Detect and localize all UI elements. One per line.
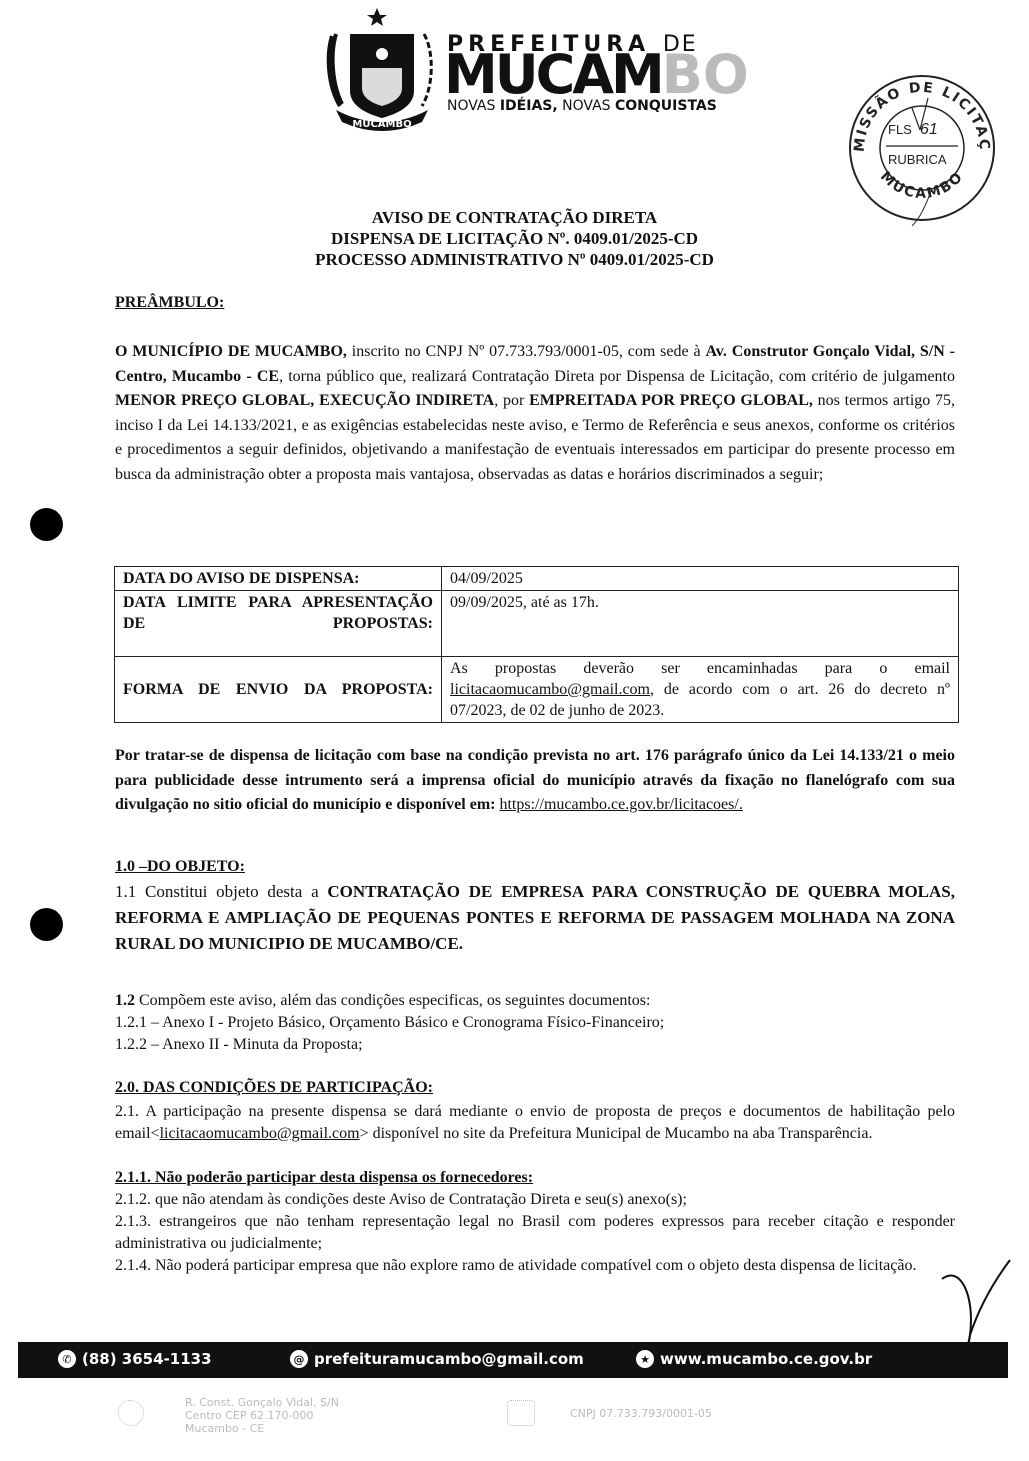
list-heading: 2.1.1. Não poderão participar desta disp… — [115, 1167, 955, 1189]
dispensa-info-table: DATA DO AVISO DE DISPENSA: 04/09/2025 DA… — [114, 566, 959, 723]
table-value: As propostas deverão ser encaminhadas pa… — [442, 657, 959, 723]
documents-list: 1.2 Compõem este aviso, além das condiçõ… — [115, 990, 955, 1056]
svg-text:RUBRICA: RUBRICA — [888, 152, 947, 167]
list-item: 2.1.3. estrangeiros que não tenham repre… — [115, 1211, 955, 1255]
email-icon: @ — [290, 1350, 308, 1368]
footer-email[interactable]: @prefeituramucambo@gmail.com — [290, 1350, 584, 1368]
participation-paragraph: 2.1. A participação na presente dispensa… — [115, 1101, 955, 1145]
licitacao-stamp: COMISSÃO DE LICITAÇÃO MUCAMBO FLS 61 RUB… — [842, 68, 1002, 228]
municipal-crest-icon: MUCAMBO — [322, 6, 442, 132]
svg-text:FLS: FLS — [888, 122, 912, 137]
svg-text:MUCAMBO: MUCAMBO — [877, 169, 967, 202]
object-paragraph: 1.1 Constitui objeto desta a CONTRATAÇÃO… — [115, 879, 955, 957]
dispensa-number: DISPENSA DE LICITAÇÃO Nº. 0409.01/2025-C… — [0, 228, 1029, 249]
email-link[interactable]: licitacaomucambo@gmail.com — [450, 681, 650, 698]
list-item: 1.2.1 – Anexo I - Projeto Básico, Orçame… — [115, 1012, 955, 1034]
list-item: 2.1.4. Não poderá participar empresa que… — [115, 1255, 955, 1277]
preamble-paragraph: O MUNICÍPIO DE MUCAMBO, inscrito no CNPJ… — [115, 340, 955, 487]
svg-text:MUCAMBO: MUCAMBO — [352, 119, 411, 130]
table-row: DATA LIMITE PARA APRESENTAÇÃO DE PROPOST… — [115, 591, 959, 657]
section-1-heading: 1.0 –DO OBJETO: — [115, 858, 245, 876]
globe-icon: ★ — [636, 1350, 654, 1368]
location-icon — [118, 1400, 144, 1426]
table-label: DATA DO AVISO DE DISPENSA: — [115, 567, 442, 591]
prefeitura-logo: MUCAMBO PREFEITURA DE MUCAMBO NOVAS IDÉI… — [322, 6, 732, 132]
svg-text:61: 61 — [920, 121, 938, 138]
table-label: DATA LIMITE PARA APRESENTAÇÃO DE PROPOST… — [115, 591, 442, 657]
svg-text:COMISSÃO DE LICITAÇÃO: COMISSÃO DE LICITAÇÃO — [842, 68, 992, 153]
processo-number: PROCESSO ADMINISTRATIVO Nº 0409.01/2025-… — [0, 249, 1029, 270]
hole-punch-mark — [30, 908, 63, 941]
document-icon — [507, 1400, 535, 1426]
table-value: 09/09/2025, até as 17h. — [442, 591, 959, 657]
table-row: FORMA DE ENVIO DA PROPOSTA: As propostas… — [115, 657, 959, 723]
brand-slogan: NOVAS IDÉIAS, NOVAS CONQUISTAS — [447, 98, 717, 114]
list-item: 1.2 Compõem este aviso, além das condiçõ… — [115, 990, 955, 1012]
table-label: FORMA DE ENVIO DA PROPOSTA: — [115, 657, 442, 723]
table-value: 04/09/2025 — [442, 567, 959, 591]
hole-punch-mark — [30, 508, 63, 541]
footer-cnpj: CNPJ 07.733.793/0001-05 — [570, 1407, 712, 1420]
brand-name: MUCAMBO — [444, 48, 749, 102]
notice-title: AVISO DE CONTRATAÇÃO DIRETA — [0, 207, 1029, 228]
section-2-heading: 2.0. DAS CONDIÇÕES DE PARTICIPAÇÃO: — [115, 1079, 433, 1097]
licitacoes-link[interactable]: https://mucambo.ce.gov.br/licitacoes/. — [499, 796, 742, 813]
list-item: 1.2.2 – Anexo II - Minuta da Proposta; — [115, 1034, 955, 1056]
footer-address: R. Const. Gonçalo Vidal, S/N Centro CEP … — [185, 1396, 339, 1435]
email-link[interactable]: licitacaomucambo@gmail.com — [160, 1125, 360, 1142]
table-row: DATA DO AVISO DE DISPENSA: 04/09/2025 — [115, 567, 959, 591]
list-item: 2.1.2. que não atendam às condições dest… — [115, 1189, 955, 1211]
preamble-heading: PREÂMBULO: — [115, 294, 224, 312]
phone-icon: ✆ — [58, 1350, 76, 1368]
footer-phone: ✆(88) 3654-1133 — [58, 1350, 212, 1368]
footer-contact-bar: ✆(88) 3654-1133 @prefeituramucambo@gmail… — [18, 1342, 1008, 1378]
footer-website[interactable]: ★www.mucambo.ce.gov.br — [636, 1350, 872, 1368]
restrictions-list: 2.1.1. Não poderão participar desta disp… — [115, 1167, 955, 1277]
publicity-paragraph: Por tratar-se de dispensa de licitação c… — [115, 744, 955, 818]
